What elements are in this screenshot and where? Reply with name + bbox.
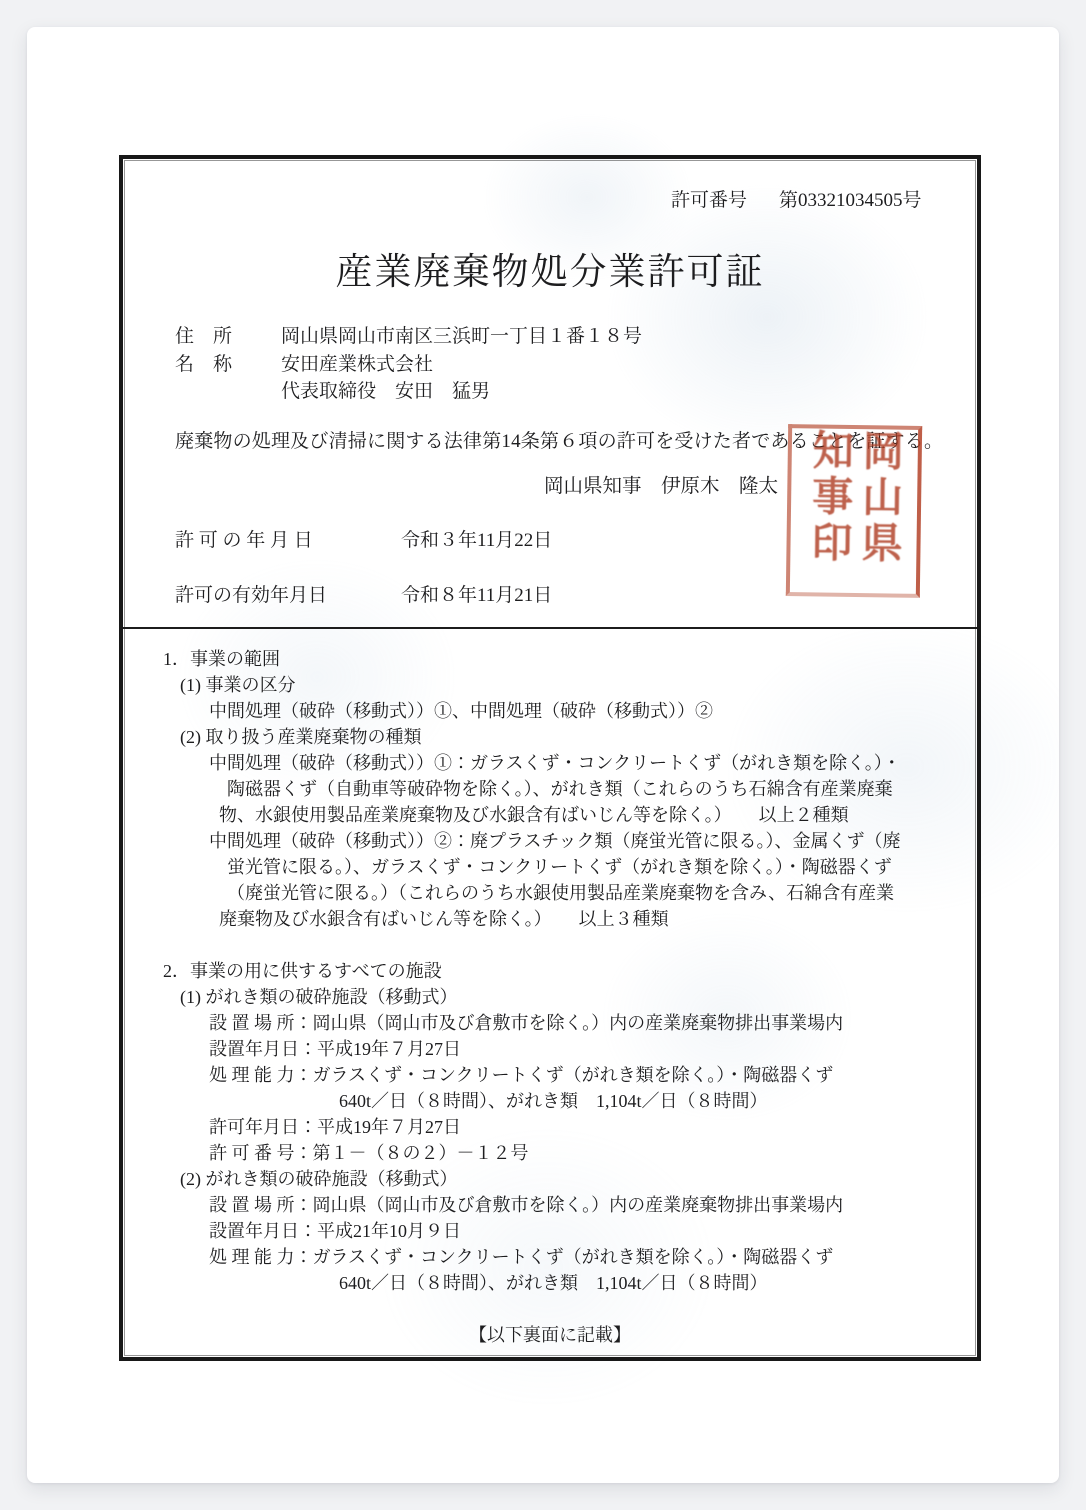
document-line: 中間処理（破砕（移動式））②：廃プラスチック類（廃蛍光管に限る。）、金属くず（廃 (209, 828, 977, 854)
document-line: 【以下裏面に記載】 (123, 1322, 977, 1348)
document-line: 許 可 番 号：第１－（８の２）－１２号 (209, 1140, 977, 1166)
document-line: 1．事業の範囲 (163, 646, 977, 672)
certification-statement: 廃棄物の処理及び清掃に関する法律第14条第６項の許可を受けた者であることを証する… (175, 426, 965, 453)
representative-value: 代表取締役 安田 猛男 (281, 378, 490, 406)
name-value: 安田産業株式会社 (281, 351, 433, 379)
document-line: (1) がれき類の破砕施設（移動式） (180, 984, 977, 1010)
permit-date-row: 許 可 の 年 月 日 令和３年11月22日 (175, 525, 552, 552)
permit-date-value: 令和３年11月22日 (401, 525, 552, 552)
document-line: 設 置 場 所：岡山県（岡山市及び倉敷市を除く。）内の産業廃棄物排出事業場内 (209, 1192, 977, 1218)
permit-number: 許可番号 第03321034505号 (671, 185, 922, 212)
scanned-document-viewport: { "header": { "permit_number_label": "許可… (0, 0, 1086, 1510)
representative-label-spacer (175, 378, 281, 406)
validity-date-value: 令和８年11月21日 (401, 580, 552, 607)
document-line: 陶磁器くず（自動車等破砕物を除く。）、がれき類（これらのうち石綿含有産業廃棄 (227, 776, 977, 802)
document-body: 1．事業の範囲(1) 事業の区分中間処理（破砕（移動式））①、中間処理（破砕（移… (123, 646, 977, 1348)
document-line: 2．事業の用に供するすべての施設 (163, 958, 977, 984)
name-label: 名 称 (175, 351, 281, 379)
document-line: 処 理 能 力：ガラスくず・コンクリートくず（がれき類を除く。）・陶磁器くず (209, 1062, 977, 1088)
document-line: 物、水銀使用製品産業廃棄物及び水銀含有ばいじん等を除く。） 以上２種類 (219, 802, 977, 828)
document-line: 設置年月日：平成21年10月９日 (209, 1218, 977, 1244)
address-label: 住 所 (175, 323, 281, 351)
document-line: 設置年月日：平成19年７月27日 (209, 1036, 977, 1062)
document-title: 産業廃棄物処分業許可証 (123, 241, 977, 295)
validity-date-row: 許可の有効年月日 令和８年11月21日 (175, 580, 552, 607)
validity-date-label: 許可の有効年月日 (175, 580, 401, 607)
document-frame: 許可番号 第03321034505号 産業廃棄物処分業許可証 住 所 岡山県岡山… (119, 155, 981, 1361)
document-line: （廃蛍光管に限る。）（これらのうち水銀使用製品産業廃棄物を含み、石綿含有産業 (227, 880, 977, 906)
document-line: 許可年月日：平成19年７月27日 (209, 1114, 977, 1140)
permit-date-label: 許 可 の 年 月 日 (175, 525, 401, 552)
address-value: 岡山県岡山市南区三浜町一丁目１番１８号 (281, 323, 642, 351)
document-line: (2) 取り扱う産業廃棄物の種類 (180, 724, 977, 750)
scanned-page: 許可番号 第03321034505号 産業廃棄物処分業許可証 住 所 岡山県岡山… (27, 27, 1059, 1483)
section-divider (123, 627, 977, 629)
permit-number-value: 第03321034505号 (779, 185, 922, 212)
governor-name: 岡山県知事 伊原木 隆太 (544, 470, 778, 498)
document-line: (1) 事業の区分 (180, 672, 977, 698)
holder-info: 住 所 岡山県岡山市南区三浜町一丁目１番１８号 名 称 安田産業株式会社 代表取… (175, 323, 642, 406)
holder-representative-row: 代表取締役 安田 猛男 (175, 378, 642, 406)
holder-address-row: 住 所 岡山県岡山市南区三浜町一丁目１番１８号 (175, 323, 642, 351)
holder-name-row: 名 称 安田産業株式会社 (175, 351, 642, 379)
document-line: 廃棄物及び水銀含有ばいじん等を除く。） 以上３種類 (219, 906, 977, 932)
document-line: (2) がれき類の破砕施設（移動式） (180, 1166, 977, 1192)
document-line: 640t／日（８時間）、がれき類 1,104t／日（８時間） (339, 1088, 977, 1114)
permit-number-label: 許可番号 (671, 185, 747, 212)
document-line: 中間処理（破砕（移動式））①：ガラスくず・コンクリートくず（がれき類を除く。）・ (209, 750, 977, 776)
document-line: 蛍光管に限る。）、ガラスくず・コンクリートくず（がれき類を除く。）・陶磁器くず (227, 854, 977, 880)
document-line: 640t／日（８時間）、がれき類 1,104t／日（８時間） (339, 1270, 977, 1296)
governor-seal-text: 岡山県知事印 (803, 428, 905, 593)
document-line: 設 置 場 所：岡山県（岡山市及び倉敷市を除く。）内の産業廃棄物排出事業場内 (209, 1010, 977, 1036)
document-line: 処 理 能 力：ガラスくず・コンクリートくず（がれき類を除く。）・陶磁器くず (209, 1244, 977, 1270)
document-line: 中間処理（破砕（移動式））①、中間処理（破砕（移動式））② (209, 698, 977, 724)
